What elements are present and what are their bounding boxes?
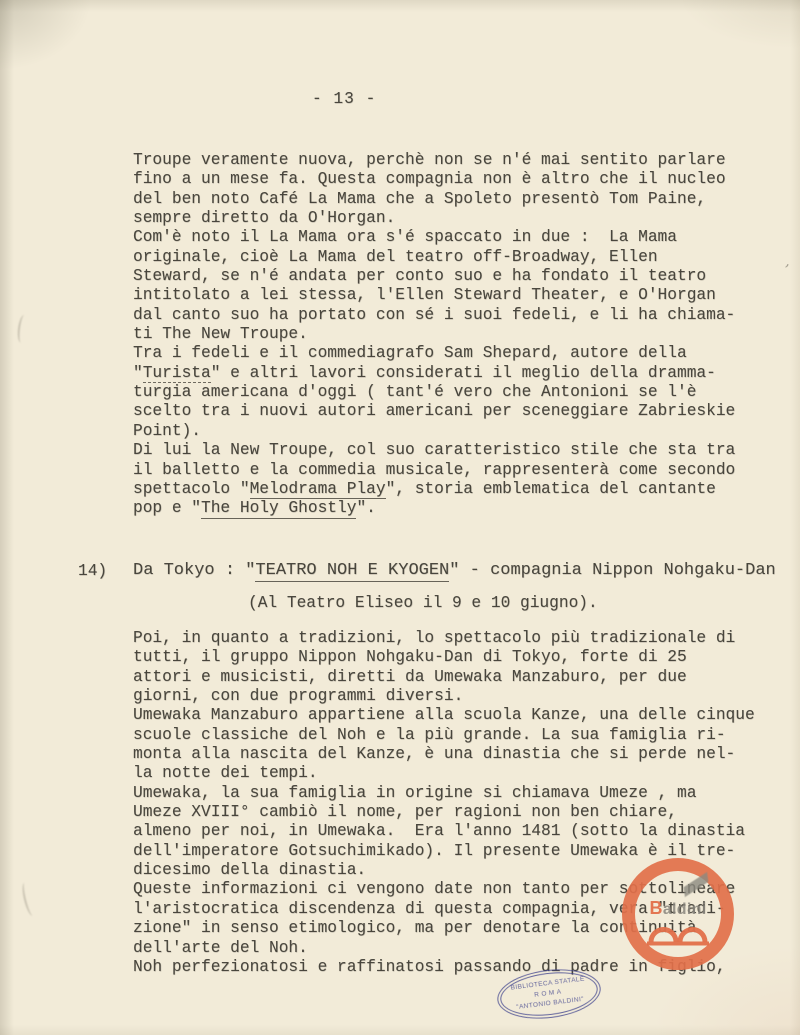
text-line: sempre diretto da O'Horgan. bbox=[133, 209, 735, 228]
item-14-number: 14) bbox=[78, 562, 107, 580]
text-segment: Steward, se n'é andata per conto suo e h… bbox=[133, 267, 706, 285]
text-segment: Umewaka Manzaburo appartiene alla scuola… bbox=[133, 706, 755, 724]
text-segment: Di lui la New Troupe, col suo caratteris… bbox=[133, 441, 735, 459]
text-line: Steward, se n'é andata per conto suo e h… bbox=[133, 267, 735, 286]
text-segment: Com'è noto il La Mama ora s'é spaccato i… bbox=[133, 228, 677, 246]
text-segment: Poi, in quanto a tradizioni, lo spettaco… bbox=[133, 629, 735, 647]
text-line: la notte dei tempi. bbox=[133, 764, 755, 783]
text-segment: almeno per noi, in Umewaka. Era l'anno 1… bbox=[133, 822, 745, 840]
text-line: dal canto suo ha portato con sé i suoi f… bbox=[133, 306, 735, 325]
text-line: originale, cioè La Mama del teatro off-B… bbox=[133, 248, 735, 267]
text-line: pop e "The Holy Ghostly". bbox=[133, 499, 735, 518]
text-segment: intitolato a lei stessa, l'Ellen Steward… bbox=[133, 286, 716, 304]
text-line: Troupe veramente nuova, perchè non se n'… bbox=[133, 151, 735, 170]
text-segment: zione" in senso etimologico, ma per deno… bbox=[133, 919, 696, 937]
text-line: tutti, il gruppo Nippon Nohgaku-Dan di T… bbox=[133, 648, 755, 667]
text-segment: dell'arte del Noh. bbox=[133, 939, 308, 957]
text-line: Umewaka, la sua famiglia in origine si c… bbox=[133, 784, 755, 803]
text-segment: " e altri lavori considerati il meglio d… bbox=[211, 364, 716, 382]
text-segment: il balletto e la commedia musicale, rapp… bbox=[133, 461, 735, 479]
brand-rest: aldini bbox=[663, 901, 707, 918]
text-line: turgia americana d'oggi ( tant'é vero ch… bbox=[133, 383, 735, 402]
text-line: scuole classiche del Noh e la più grande… bbox=[133, 726, 755, 745]
text-segment: fino a un mese fa. Questa compagnia non … bbox=[133, 170, 726, 188]
page-number: - 13 - bbox=[312, 90, 376, 108]
text-line: monta alla nascita del Kanze, è una dina… bbox=[133, 745, 755, 764]
text-segment: turgia americana d'oggi ( tant'é vero ch… bbox=[133, 383, 696, 401]
text-line: Tra i fedeli e il commediagrafo Sam Shep… bbox=[133, 344, 735, 363]
brand-initial: B bbox=[650, 898, 663, 918]
text-line: Umewaka Manzaburo appartiene alla scuola… bbox=[133, 706, 755, 725]
text-line: Poi, in quanto a tradizioni, lo spettaco… bbox=[133, 629, 755, 648]
text-line: intitolato a lei stessa, l'Ellen Steward… bbox=[133, 286, 735, 305]
text-segment: dal canto suo ha portato con sé i suoi f… bbox=[133, 306, 735, 324]
text-line: Di lui la New Troupe, col suo caratteris… bbox=[133, 441, 735, 460]
text-segment: Umewaka, la sua famiglia in origine si c… bbox=[133, 784, 696, 802]
underlined-text: Turista bbox=[143, 364, 211, 384]
text-segment: giorni, con due programmi diversi. bbox=[133, 687, 463, 705]
text-line: attori e musicisti, diretti da Umewaka M… bbox=[133, 668, 755, 687]
text-line: almeno per noi, in Umewaka. Era l'anno 1… bbox=[133, 822, 755, 841]
open-book-icon bbox=[646, 918, 710, 948]
text-segment: dicesimo della dinastia. bbox=[133, 861, 366, 879]
item-14-subheading: (Al Teatro Eliseo il 9 e 10 giugno). bbox=[248, 594, 598, 612]
text-line: ti The New Troupe. bbox=[133, 325, 735, 344]
underlined-text: Melodrama Play bbox=[250, 480, 386, 500]
text-line: Com'è noto il La Mama ora s'é spaccato i… bbox=[133, 228, 735, 247]
text-line: del ben noto Café La Mama che a Spoleto … bbox=[133, 190, 735, 209]
baldini-watermark: Baldini bbox=[622, 858, 734, 970]
text-segment: scelto tra i nuovi autori americani per … bbox=[133, 402, 735, 420]
item-14-heading: Da Tokyo : "TEATRO NOH E KYOGEN" - compa… bbox=[133, 561, 776, 580]
text-line: fino a un mese fa. Questa compagnia non … bbox=[133, 170, 735, 189]
text-line: Umeze XVIII° cambiò il nome, per ragioni… bbox=[133, 803, 755, 822]
document-page: - 13 - Troupe veramente nuova, perchè no… bbox=[0, 0, 800, 1035]
text-segment: ". bbox=[356, 499, 375, 517]
text-line: il balletto e la commedia musicale, rapp… bbox=[133, 461, 735, 480]
text-segment: scuole classiche del Noh e la più grande… bbox=[133, 726, 726, 744]
text-line: spettacolo "Melodrama Play", storia embl… bbox=[133, 480, 735, 499]
text-segment: Da Tokyo : " bbox=[133, 561, 255, 580]
text-segment: spettacolo " bbox=[133, 480, 250, 498]
watermark-brand-text: Baldini bbox=[622, 898, 734, 919]
text-segment: ", storia emblematica del cantante bbox=[386, 480, 716, 498]
text-segment: attori e musicisti, diretti da Umewaka M… bbox=[133, 668, 687, 686]
underlined-text: TEATRO NOH E KYOGEN bbox=[255, 561, 449, 582]
text-segment: del ben noto Café La Mama che a Spoleto … bbox=[133, 190, 706, 208]
text-segment: monta alla nascita del Kanze, è una dina… bbox=[133, 745, 735, 763]
text-line: "Turista" e altri lavori considerati il … bbox=[133, 364, 735, 383]
text-segment: originale, cioè La Mama del teatro off-B… bbox=[133, 248, 658, 266]
underlined-text: The Holy Ghostly bbox=[201, 499, 356, 519]
paragraph-block-1: Troupe veramente nuova, perchè non se n'… bbox=[133, 151, 735, 519]
pen-tick-mark: , bbox=[784, 252, 792, 271]
text-line: Point). bbox=[133, 422, 735, 441]
text-segment: " - compagnia Nippon Nohgaku-Dan bbox=[449, 561, 775, 580]
text-line: scelto tra i nuovi autori americani per … bbox=[133, 402, 735, 421]
text-segment: sempre diretto da O'Horgan. bbox=[133, 209, 395, 227]
text-segment: " bbox=[133, 364, 143, 382]
paper-crease-mark bbox=[20, 881, 39, 917]
paper-crease-mark bbox=[16, 314, 30, 343]
text-segment: ti The New Troupe. bbox=[133, 325, 308, 343]
text-line: giorni, con due programmi diversi. bbox=[133, 687, 755, 706]
text-segment: Tra i fedeli e il commediagrafo Sam Shep… bbox=[133, 344, 687, 362]
text-segment: Umeze XVIII° cambiò il nome, per ragioni… bbox=[133, 803, 677, 821]
text-segment: Troupe veramente nuova, perchè non se n'… bbox=[133, 151, 726, 169]
text-segment: pop e " bbox=[133, 499, 201, 517]
text-segment: la notte dei tempi. bbox=[133, 764, 318, 782]
text-segment: tutti, il gruppo Nippon Nohgaku-Dan di T… bbox=[133, 648, 687, 666]
text-segment: Point). bbox=[133, 422, 201, 440]
